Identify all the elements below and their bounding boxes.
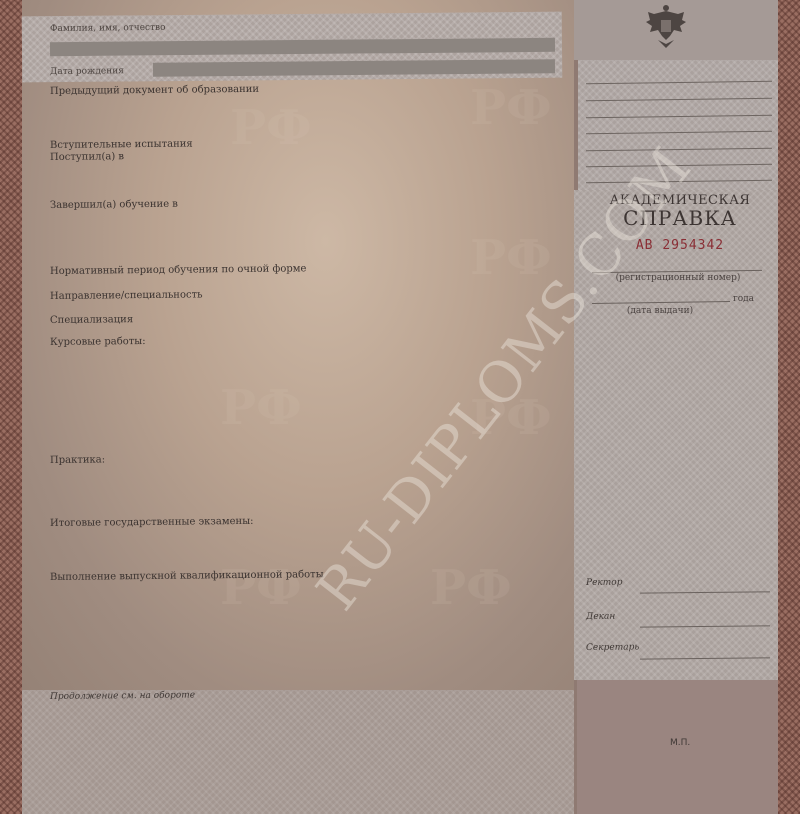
state-exams-label: Итоговые государственные экзамены: — [50, 516, 254, 529]
coursework-label: Курсовые работы: — [50, 336, 146, 348]
continued-note: Продолжение см. на обороте — [50, 690, 195, 702]
entrance-exams-label: Вступительные испытания — [50, 139, 193, 151]
rf-pattern-mark: РФ — [220, 560, 302, 616]
previous-doc-label: Предыдущий документ об образовании — [50, 84, 259, 97]
practice-label: Практика: — [50, 454, 105, 466]
secretary-label: Секретарь — [586, 642, 639, 653]
date-suffix: года — [733, 294, 754, 304]
rf-pattern-mark: РФ — [470, 80, 552, 136]
left-guilloche-border — [0, 0, 22, 814]
rf-pattern-mark: РФ — [430, 560, 512, 616]
enrolled-label: Поступил(а) в — [50, 151, 124, 163]
dean-label: Декан — [586, 612, 615, 622]
rector-label: Ректор — [586, 578, 623, 588]
continuation-panel — [22, 690, 574, 814]
birth-date-label: Дата рождения — [50, 66, 124, 77]
academic-certificate: РФ РФ РФ РФ РФ РФ РФ Фамилия, имя, отчес… — [0, 0, 800, 814]
stamp-place-label: М.П. — [670, 738, 690, 748]
coat-of-arms-icon — [642, 2, 690, 52]
right-guilloche-border — [778, 0, 800, 814]
direction-label: Направление/специальность — [50, 289, 203, 302]
specialization-label: Специализация — [50, 314, 133, 326]
rf-pattern-mark: РФ — [230, 100, 312, 156]
rf-pattern-mark: РФ — [470, 230, 552, 286]
date-caption: (дата выдачи) — [600, 306, 720, 316]
header-small-text — [590, 14, 640, 34]
finished-label: Завершил(а) обучение в — [50, 199, 178, 211]
rf-pattern-mark: РФ — [220, 380, 302, 436]
full-name-label: Фамилия, имя, отчество — [50, 23, 166, 34]
